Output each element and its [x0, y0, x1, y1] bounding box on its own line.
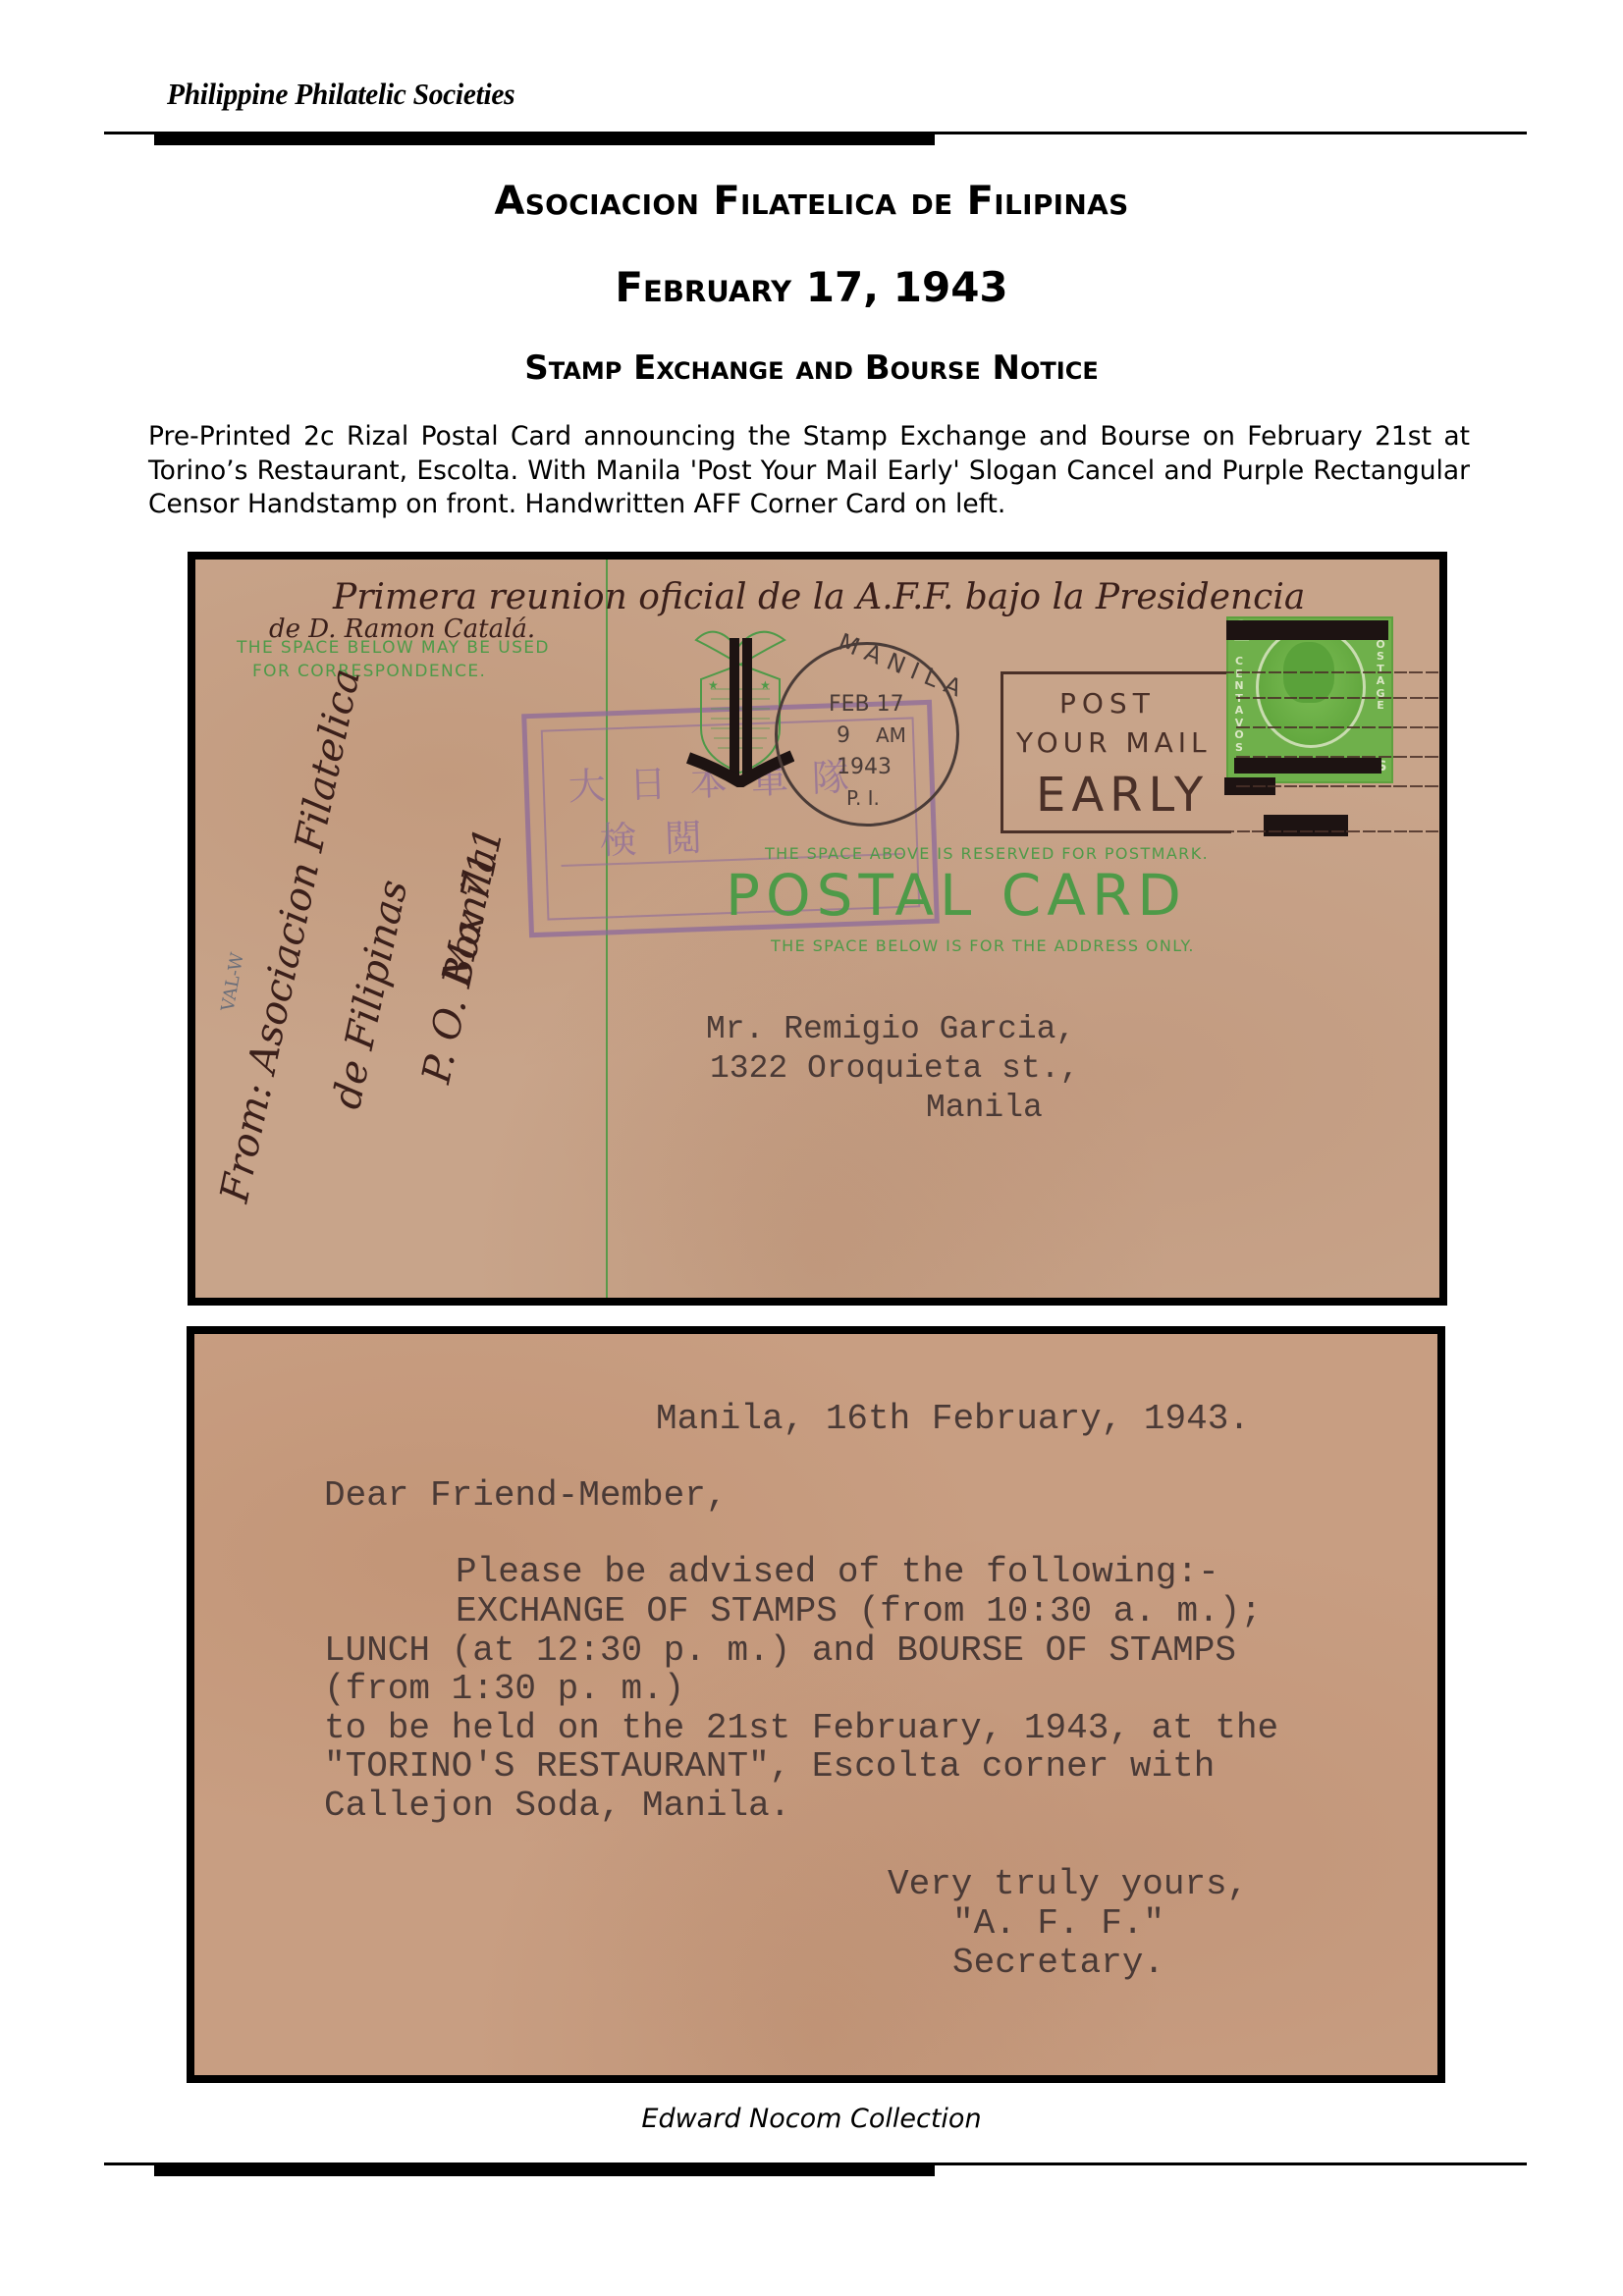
address-line3: Manila — [926, 1090, 1043, 1126]
header-rule-thick — [154, 134, 935, 145]
postal-card-title: POSTAL CARD — [726, 862, 1187, 929]
postmark-ampm: AM — [876, 723, 906, 747]
obliteration-bar-middle — [1234, 758, 1381, 774]
cancel-line — [1236, 785, 1442, 787]
obliteration-bar-bottom — [1264, 815, 1348, 836]
description-paragraph: Pre-Printed 2c Rizal Postal Card announc… — [148, 420, 1470, 522]
address-space-note: THE SPACE BELOW IS FOR THE ADDRESS ONLY. — [771, 936, 1195, 955]
letter-dateline: Manila, 16th February, 1943. — [656, 1399, 1250, 1439]
manila-postmark: MANILA FEB 17 9 AM 1943 P. I. — [775, 642, 959, 827]
slogan-line1: POST — [1059, 687, 1156, 720]
cancel-line — [1236, 697, 1442, 699]
postmark-hour: 9 — [837, 723, 850, 748]
stamp-unit: CENTAVOS — [1232, 656, 1246, 754]
censor-line2: 検 閲 — [599, 807, 711, 865]
postal-card-front: THE SPACE BELOW MAY BE USED FOR CORRESPO… — [188, 552, 1447, 1306]
postmark-space-note: THE SPACE ABOVE IS RESERVED FOR POSTMARK… — [765, 844, 1209, 863]
svg-text:★: ★ — [708, 678, 719, 692]
letter-body-line: LUNCH (at 12:30 p. m.) and BOURSE OF STA… — [324, 1630, 1236, 1671]
cancel-line — [1001, 830, 1442, 832]
address-line1: Mr. Remigio Garcia, — [706, 1011, 1075, 1047]
corner-card-line2: de Filipinas — [324, 876, 416, 1112]
page-header-title: Philippine Philatelic Societies — [167, 77, 514, 112]
letter-body-line: to be held on the 21st February, 1943, a… — [324, 1708, 1278, 1748]
letter-closing: Very truly yours, — [888, 1864, 1248, 1904]
corner-card-line1: From: Asociacion Filatelica — [212, 665, 369, 1206]
address-line2: 1322 Oroquieta st., — [710, 1050, 1079, 1087]
letter-body-line: (from 1:30 p. m.) — [324, 1669, 684, 1709]
slogan-line2: YOUR MAIL — [1016, 726, 1212, 759]
letter-body-line: Please be advised of the following:- — [456, 1552, 1219, 1592]
society-heading: Asociacion Filatelica de Filipinas — [0, 179, 1623, 224]
letter-salutation: Dear Friend-Member, — [324, 1475, 727, 1516]
letter-body-line: "TORINO'S RESTAURANT", Escolta corner wi… — [324, 1746, 1215, 1787]
postmark-date: FEB 17 — [829, 692, 904, 717]
cancel-line — [1001, 671, 1442, 673]
subject-heading: Stamp Exchange and Bourse Notice — [0, 348, 1623, 388]
postmark-region: P. I. — [846, 786, 880, 810]
cancel-line — [1236, 726, 1442, 728]
pencil-note: VAL-W — [218, 951, 248, 1013]
letter-body-line: EXCHANGE OF STAMPS (from 10:30 a. m.); — [456, 1591, 1262, 1631]
corner-card-line4: Manila — [434, 844, 507, 988]
obliteration-bar-top — [1226, 620, 1388, 640]
postmark-year: 1943 — [837, 755, 892, 779]
cancel-line — [1236, 756, 1442, 758]
slogan-line3: EARLY — [1036, 768, 1209, 823]
footer-rule-thick — [154, 2165, 935, 2176]
postal-card-back: Manila, 16th February, 1943. Dear Friend… — [187, 1326, 1445, 2083]
letter-body-line: Callejon Soda, Manila. — [324, 1786, 790, 1826]
letter-signature: "A. F. F." — [952, 1903, 1164, 1944]
collection-caption: Edward Nocom Collection — [0, 2104, 1623, 2134]
letter-signer-title: Secretary. — [952, 1943, 1164, 1983]
svg-text:★: ★ — [760, 678, 771, 692]
date-heading: February 17, 1943 — [0, 263, 1623, 311]
